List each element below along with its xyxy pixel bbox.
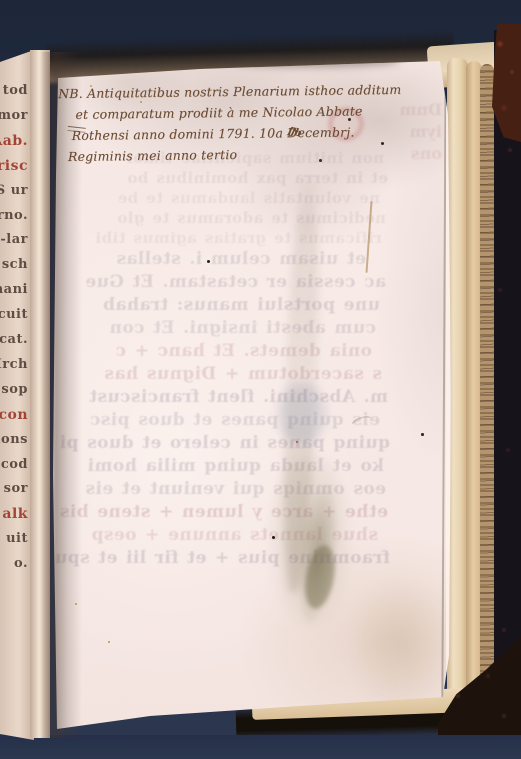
ink-speck xyxy=(108,641,110,643)
bleedthrough-line: fraomnine pius + et fir lii et spu xyxy=(55,550,390,567)
facing-page-fragment: S ur xyxy=(0,184,28,197)
bleedthrough-line: quinq panes in celero et duos pi xyxy=(59,435,390,452)
ink-speck xyxy=(75,603,77,605)
facing-page-fragment: alk xyxy=(2,507,28,521)
bleedthrough-line: eis quinq panes et duos pisc xyxy=(90,412,380,429)
facing-page-fragment: o. xyxy=(14,557,28,570)
facing-page-fragment: cuit xyxy=(0,308,28,321)
facing-page-fold-highlight xyxy=(30,50,50,738)
ink-speck xyxy=(90,85,92,87)
fore-edge-pages-strip-speckled xyxy=(480,64,494,716)
ink-speck xyxy=(272,536,275,539)
photo-of-open-book: todomorAab.priscS urrno.-larschnanicuito… xyxy=(0,0,521,759)
facing-page-fragment: rno. xyxy=(0,209,28,222)
bleedthrough-line: nedicimus te adoramus te glo xyxy=(117,211,386,226)
bleedthrough-line: ac cessia er cetastam. Et Gue xyxy=(85,274,386,291)
bleedthrough-line: onia demets. Et hanc + c xyxy=(115,343,372,360)
facing-page-fragment: prisc xyxy=(0,159,28,173)
facing-page-fragment: cod xyxy=(1,458,28,471)
bleedthrough-line: une portslui manus: trahab xyxy=(103,297,380,314)
ink-speck xyxy=(319,159,322,162)
facing-page-fragment: sop xyxy=(1,383,28,396)
facing-page-fragment: lons xyxy=(0,433,28,446)
inscription-line: Rothensi anno domini 1791. 10a Decembrj. xyxy=(72,121,355,145)
bleedthrough-line: s sacerdotum + Dignus has xyxy=(104,366,382,383)
ink-speck xyxy=(207,260,210,263)
ink-speck xyxy=(296,441,298,443)
facing-page-fragment: Irch xyxy=(0,358,28,371)
bleedthrough-line: et in terra pax hominibus bo xyxy=(127,171,388,186)
ownership-inscription-1791: NB. Antiquitatibus nostris Plenarium ist… xyxy=(58,79,403,83)
facing-page-fragment: -lar xyxy=(0,233,28,246)
ghost-fragment: Dnm xyxy=(372,99,442,121)
facing-page-fragment: uit xyxy=(6,532,28,545)
inscription-line: Regiminis mei anno tertio xyxy=(68,144,238,167)
ink-speck xyxy=(348,118,351,121)
bleedthrough-line: shue lannets annune + oesp xyxy=(91,527,378,544)
bleedthrough-line: rificamus te gratias agimus tibi xyxy=(95,231,382,246)
facing-page-fragment: con xyxy=(0,408,28,422)
ink-speck xyxy=(140,101,142,103)
ink-speck xyxy=(381,142,384,145)
facing-page-fragment: ocat. xyxy=(0,333,28,346)
ghost-fragment: iym xyxy=(372,121,442,143)
bleedthrough-line: m. Abschini. flent franciscust xyxy=(89,389,388,406)
facing-page-fragment: omor xyxy=(0,109,28,122)
bleedthrough-line: ne voluntatis laudamus te be xyxy=(117,191,380,206)
ink-speck xyxy=(421,433,424,436)
facing-page-fragment: nani xyxy=(0,283,28,296)
bleedthrough-line: ethe + arce y lumen + stene bis xyxy=(60,504,389,521)
bleedthrough-line: eos omniqs qui veniunt et eis xyxy=(85,481,386,498)
manuscript-page: Dnmiymons non initium sapientiae timoret… xyxy=(50,55,455,735)
facing-page-fragment: sor xyxy=(4,482,28,495)
navy-cloth-background xyxy=(0,735,521,759)
facing-page-fragment: sch xyxy=(2,258,28,271)
facing-page-fragment: tod xyxy=(3,84,28,97)
bleedthrough-line: cum abesti insigni. Et con xyxy=(109,320,376,337)
bleedthrough-line: et uisam celum i. stellas xyxy=(116,251,366,268)
bleedthrough-text-block: non initium sapientiae timoret in terra … xyxy=(56,151,390,621)
page-edge-rule-line xyxy=(441,61,446,709)
facing-page-text-fragments: todomorAab.priscS urrno.-larschnanicuito… xyxy=(0,84,30,594)
facing-page-fragment: Aab. xyxy=(0,134,28,148)
bleedthrough-line: ko et lauda quinq milia homi xyxy=(87,458,384,475)
